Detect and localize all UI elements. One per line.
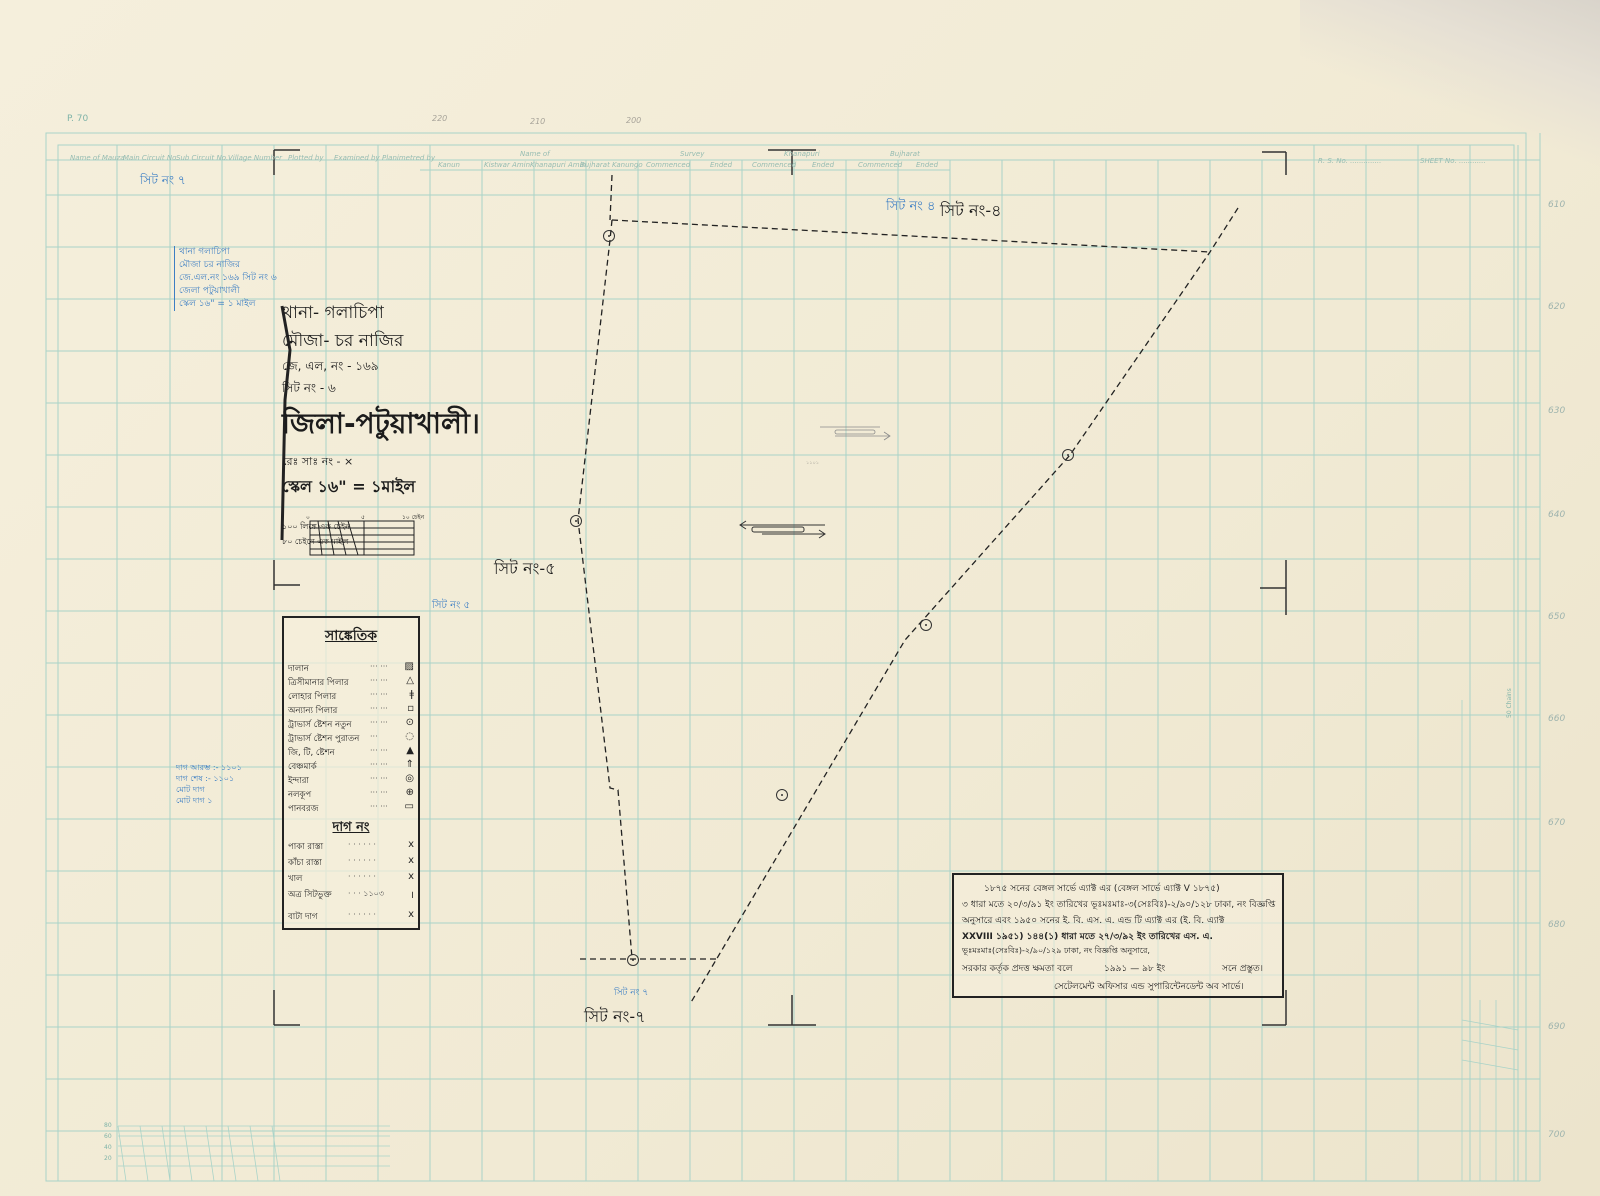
legend-item: জি, টি, ষ্টেশন··· ···▲: [288, 746, 416, 760]
header-commenced: Commenced: [646, 161, 690, 169]
scale-tick: 20: [104, 1155, 112, 1162]
grid-lines: [0, 0, 1600, 1196]
map-sheet: P. 70 220 210 200 Name of Mauza Main Cir…: [0, 0, 1600, 1196]
header-ended: Ended: [710, 161, 732, 169]
header-bujharat: Bujharat: [890, 150, 920, 158]
header-name-of-mauza: Name of Mauza: [70, 154, 125, 162]
margin-number: 610: [1548, 200, 1565, 210]
header-kanun: Kanun: [438, 161, 460, 169]
legend-item: লোহার পিলার··· ···ǂ: [288, 690, 416, 704]
district-label: জিলা-পটুয়াখালী।: [282, 402, 512, 449]
margin-number: 650: [1548, 612, 1565, 622]
margin-number: 690: [1548, 1022, 1565, 1032]
old-traverse-station-icon: ◌: [405, 731, 414, 742]
traverse-station-marker: [920, 619, 932, 631]
header-bujharat-kanungo: Bujharat Kanungo: [580, 161, 643, 169]
header-commenced: Commenced: [752, 161, 796, 169]
other-pillar-icon: ▫: [407, 703, 414, 714]
plot-number: ১১০১: [806, 460, 819, 468]
traverse-station-marker: [603, 230, 615, 242]
traverse-station-marker: [1062, 449, 1074, 461]
sheet-number: সিট নং - ৬: [282, 380, 512, 400]
handwritten-sheet-ref: সিট নং ৭: [614, 985, 648, 1000]
dag-legend-item: কাঁচা রাস্তা· · · · · ·x: [288, 856, 416, 870]
header-ended: Ended: [916, 161, 938, 169]
header-examined-by: Examined by: [334, 154, 380, 162]
scale-bar-tick: ৫: [361, 512, 365, 523]
legend-title: সাঙ্কেতিক: [284, 624, 418, 648]
tubewell-icon: ⊕: [406, 787, 414, 798]
chain-note: ১০০ লিঙ্কে এক চেইন: [282, 521, 512, 534]
rs-number-field: R. S. No. ..............: [1318, 157, 1381, 165]
header-ended: Ended: [812, 161, 834, 169]
handwritten-margin-notes: থানা গলাচিপা মৌজা চর নাজির জে.এল.নং ১৬৯ …: [174, 246, 277, 311]
header-village-number: Village Number: [228, 154, 282, 162]
rs-number: রেঃ সাঃ নং - ×: [282, 453, 512, 472]
legend-item: দালান··· ···▨: [288, 662, 416, 676]
margin-number: 620: [1548, 302, 1565, 312]
traverse-station-marker: [776, 789, 788, 801]
legend-item: ইন্দারা··· ···◎: [288, 774, 416, 788]
adjacent-sheet-west: সিট নং-৫: [494, 556, 556, 583]
certificate-line: ভূঃমঃমাঃ(সেঃবিঃ)-২/৯০/১২৯ ঢাকা, নং বিজ্ঞ…: [962, 945, 1150, 958]
scale-label: স্কেল ১৬" = ১মাইল: [282, 474, 512, 501]
signature-title: সেটেলমেন্ট অফিসার এন্ড সুপারিন্টেনডেন্ট …: [1054, 979, 1244, 994]
margin-number: 660: [1548, 714, 1565, 724]
header-plotted-by: Plotted by: [288, 154, 324, 162]
margin-number: 640: [1548, 510, 1565, 520]
header-main-circuit: Main Circuit No.: [123, 154, 179, 162]
margin-number: 700: [1548, 1130, 1565, 1140]
handwritten-sheet-north: সিট নং ৪: [886, 197, 935, 218]
dag-legend-item: অত্র সিটভুক্ত· · · ১১০৩।: [288, 888, 416, 902]
jl-number: জে, এল, নং - ১৬৯: [282, 358, 512, 378]
legend-item: ট্রাভার্স ষ্টেশন পুরাতন···◌: [288, 732, 416, 746]
legend-item: পানবরজ··· ···▭: [288, 802, 416, 816]
mouza-label: মৌজা- চর নাজির: [282, 328, 512, 356]
certificate-prepared: সনে প্রস্তুত।: [1222, 961, 1263, 976]
pencil-number: 220: [432, 114, 447, 123]
chain-scale-label: 50 Chains: [1506, 688, 1513, 718]
dag-legend-item: বাটা দাগ· · · · · ·x: [288, 910, 416, 924]
pencil-number: 200: [626, 116, 641, 125]
certificate-line: ১৮৭৫ সনের বেঙ্গল সার্ভে এ্যাক্ট এর (বেঙ্…: [984, 881, 1220, 896]
legend-item: বেঞ্চমার্ক··· ···⇑: [288, 760, 416, 774]
traverse-station-marker: [627, 954, 639, 966]
betel-garden-icon: ▭: [405, 801, 414, 812]
certificate-box: ১৮৭৫ সনের বেঙ্গল সার্ভে এ্যাক্ট এর (বেঙ্…: [952, 873, 1284, 998]
legend-item: ত্রিসীমানার পিলার··· ···△: [288, 676, 416, 690]
header-khanapuri-amin: Khanapuri Amin: [530, 161, 586, 169]
gt-station-icon: ▲: [406, 745, 414, 756]
traverse-station-marker: [570, 515, 582, 527]
new-traverse-station-icon: ⊙: [406, 717, 414, 728]
building-symbol-icon: ▨: [405, 661, 414, 672]
scale-tick: 40: [104, 1144, 112, 1151]
benchmark-icon: ⇑: [406, 759, 414, 770]
certificate-authority: সরকার কর্তৃক প্রদত্ত ক্ষমতা বলে: [962, 961, 1072, 976]
chain-note: ৮০ চেইনে এক মাইল: [282, 536, 512, 549]
dag-legend-item: পাকা রাস্তা· · · · · ·x: [288, 840, 416, 854]
form-code: P. 70: [67, 114, 88, 124]
pencil-number: 210: [530, 117, 545, 126]
thana-label: থানা- গলাচিপা: [282, 300, 512, 328]
header-name-of-group: Name of: [520, 150, 550, 158]
handwritten-sheet-ref: সিট নং ৭: [140, 172, 186, 192]
scale-tick: 60: [104, 1133, 112, 1140]
title-block: থানা- গলাচিপা মৌজা- চর নাজির জে, এল, নং …: [282, 300, 512, 549]
adjacent-sheet-north: সিট নং-৪: [940, 198, 1002, 225]
margin-number: 680: [1548, 920, 1565, 930]
certificate-year: ১৯৯১ — ৯৮ ইং: [1104, 961, 1165, 976]
legend-box: সাঙ্কেতিক দালান··· ···▨ ত্রিসীমানার পিলা…: [282, 616, 420, 930]
header-survey: Survey: [680, 150, 704, 158]
header-sub-circuit: Sub Circuit No.: [176, 154, 228, 162]
scale-bar-tick: ০: [306, 512, 310, 523]
legend-item: অন্যান্য পিলার··· ···▫: [288, 704, 416, 718]
margin-number: 630: [1548, 406, 1565, 416]
margin-number: 670: [1548, 818, 1565, 828]
header-kistwar-amin: Kistwar Amin: [484, 161, 530, 169]
scale-bar-tick: ১০ চেইন: [402, 512, 424, 523]
header-commenced: Commenced: [858, 161, 902, 169]
certificate-line: অনুসারে এবং ১৯৫০ সনের ই. বি. এস. এ. এন্ড…: [962, 913, 1224, 928]
sheet-number-field: SHEET No. ............: [1420, 157, 1486, 165]
trijunction-pillar-icon: △: [406, 675, 414, 686]
legend-item: ট্রাভার্স ষ্টেশন নতুন··· ···⊙: [288, 718, 416, 732]
scale-tick: 80: [104, 1122, 112, 1129]
dag-number-title: দাগ নং: [284, 818, 418, 839]
adjacent-sheet-south: সিট নং-৭: [584, 1004, 646, 1031]
iron-pillar-icon: ǂ: [409, 689, 414, 700]
certificate-line: ৩ ধারা মতে ২০/৩/৯১ ইং তারিখের ভূঃমঃমাঃ-৩…: [962, 897, 1275, 912]
certificate-line: XXVIII ১৯৫১) ১৪৪(১) ধারা মতে ২৭/৩/৯২ ইং …: [962, 929, 1213, 944]
handwritten-plot-range-notes: দাগ আরম্ভ :- ১১০১ দাগ শেষ :- ১১০১ মোট দা…: [176, 762, 242, 806]
header-khanapuri: Khanapuri: [784, 150, 820, 158]
header-planimetred-by: Planimetred by: [382, 154, 435, 162]
well-icon: ◎: [405, 773, 414, 784]
dag-legend-item: খাল· · · · · ·x: [288, 872, 416, 886]
legend-item: নলকূপ··· ···⊕: [288, 788, 416, 802]
handwritten-sheet-ref: সিট নং ৫: [432, 598, 470, 615]
